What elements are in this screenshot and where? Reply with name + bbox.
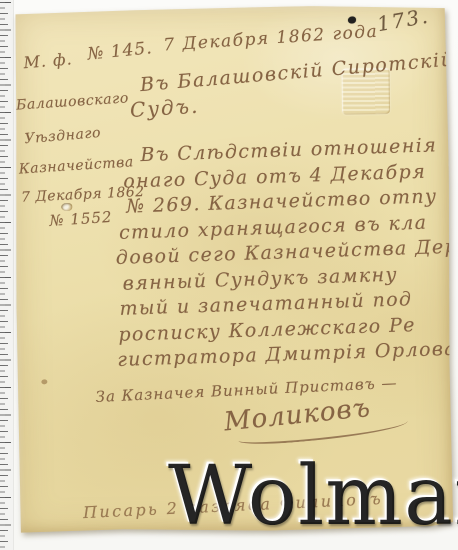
sender-line-1: Балашовскаго	[16, 90, 130, 113]
paper-fleck	[41, 379, 47, 384]
date-line: 7 Декабря 1862 года	[163, 22, 379, 56]
department-mark: М. ф.	[23, 49, 74, 72]
measuring-ruler-strip	[0, 0, 14, 550]
sender-line-2: Уѣзднаго	[24, 125, 102, 147]
sender-line-5: № 1552	[49, 208, 113, 230]
body-text: Въ Слѣдствіи отношенія онаго Суда отъ 4 …	[108, 134, 458, 375]
addressee-line-1: Въ Балашовскій Сиротскій	[139, 48, 455, 96]
addressee-line-2: Судъ.	[129, 94, 200, 122]
document-number: № 145.	[87, 38, 154, 64]
page-number: 173.	[375, 4, 431, 37]
ruler-ticks	[0, 0, 13, 550]
wolmar-watermark: Wolmar	[168, 456, 458, 538]
scanned-document-photo: 173. М. ф. № 145. 7 Декабря 1862 года Въ…	[0, 0, 458, 550]
